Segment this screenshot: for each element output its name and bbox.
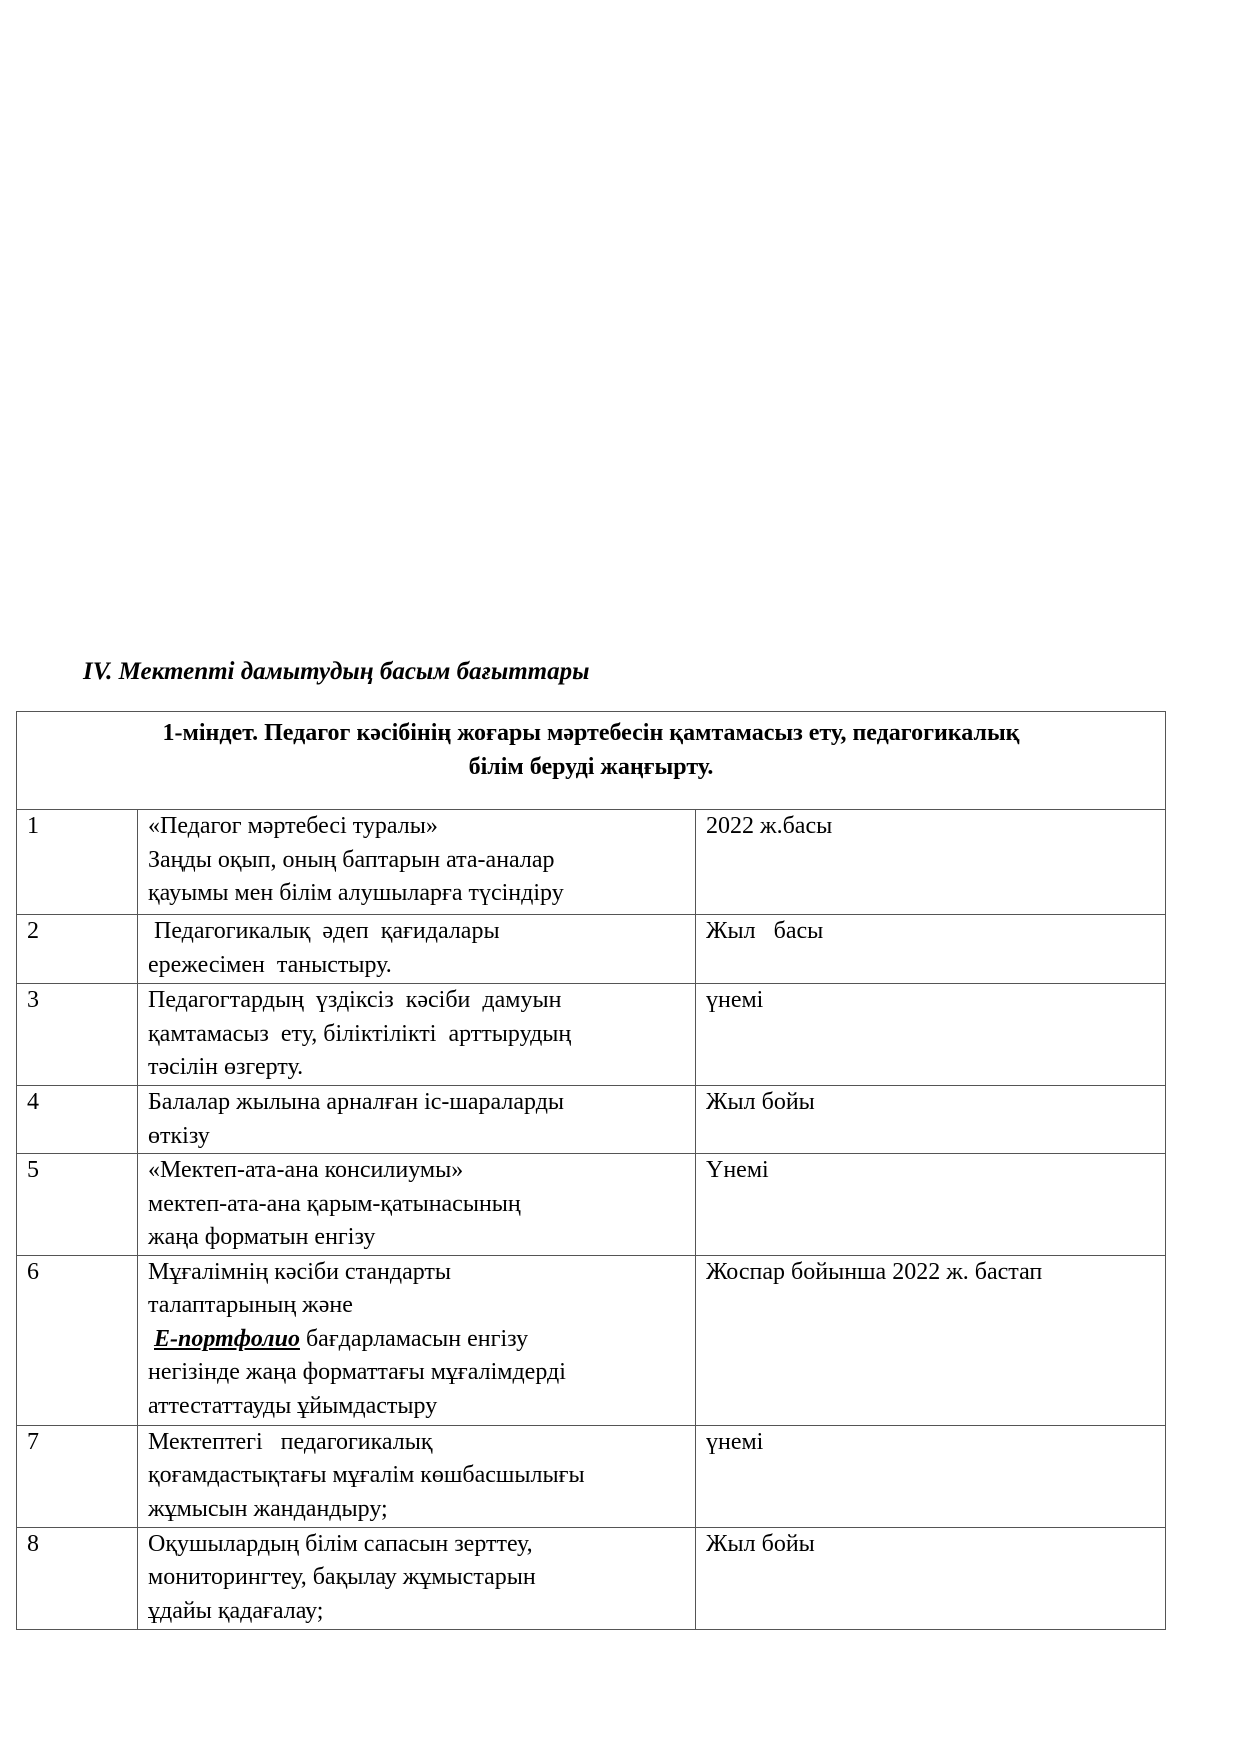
row-number: 7 — [17, 1425, 138, 1527]
row-number: 5 — [17, 1154, 138, 1256]
activity-cell: «Мектеп-ата-ана консилиумы» мектеп-ата-а… — [138, 1154, 696, 1256]
table-row: 2 Педагогикалық әдеп қағидалары ережесім… — [17, 915, 1166, 984]
deadline-cell: Жыл бойы — [696, 1086, 1166, 1154]
row-number: 6 — [17, 1255, 138, 1425]
row-number: 2 — [17, 915, 138, 984]
plan-table: 1-міндет. Педагог кәсібінің жоғары мәрте… — [16, 711, 1166, 1630]
activity-cell: Мұғалімнің кәсіби стандарты талаптарының… — [138, 1255, 696, 1425]
table-row: 4 Балалар жылына арналған іс-шараларды ө… — [17, 1086, 1166, 1154]
table-row: 7 Мектептегі педагогикалық қоғамдастықта… — [17, 1425, 1166, 1527]
activity-cell: Педагогикалық әдеп қағидалары ережесімен… — [138, 915, 696, 984]
section-title: IV. Мектепті дамытудың басым бағыттары — [83, 658, 589, 686]
task-header: 1-міндет. Педагог кәсібінің жоғары мәрте… — [17, 712, 1166, 810]
row-number: 8 — [17, 1527, 138, 1629]
deadline-cell: Үнемі — [696, 1154, 1166, 1256]
deadline-cell: Жыл басы — [696, 915, 1166, 984]
deadline-cell: 2022 ж.басы — [696, 810, 1166, 915]
table-row: 6 Мұғалімнің кәсіби стандарты талаптарын… — [17, 1255, 1166, 1425]
activity-cell: «Педагог мәртебесі туралы» Заңды оқып, о… — [138, 810, 696, 915]
deadline-cell: үнемі — [696, 984, 1166, 1086]
table-row: 3 Педагогтардың үздіксіз кәсіби дамуын қ… — [17, 984, 1166, 1086]
row-number: 1 — [17, 810, 138, 915]
activity-cell: Педагогтардың үздіксіз кәсіби дамуын қам… — [138, 984, 696, 1086]
deadline-cell: үнемі — [696, 1425, 1166, 1527]
deadline-cell: Жоспар бойынша 2022 ж. бастап — [696, 1255, 1166, 1425]
e-portfolio-term: Е-портфолио — [154, 1326, 300, 1352]
task-header-row: 1-міндет. Педагог кәсібінің жоғары мәрте… — [17, 712, 1166, 810]
activity-cell: Балалар жылына арналған іс-шараларды өтк… — [138, 1086, 696, 1154]
row-number: 3 — [17, 984, 138, 1086]
activity-cell: Мектептегі педагогикалық қоғамдастықтағы… — [138, 1425, 696, 1527]
table-row: 1 «Педагог мәртебесі туралы» Заңды оқып,… — [17, 810, 1166, 915]
table-row: 5 «Мектеп-ата-ана консилиумы» мектеп-ата… — [17, 1154, 1166, 1256]
deadline-cell: Жыл бойы — [696, 1527, 1166, 1629]
row-number: 4 — [17, 1086, 138, 1154]
table-row: 8 Оқушылардың білім сапасын зерттеу, мон… — [17, 1527, 1166, 1629]
activity-cell: Оқушылардың білім сапасын зерттеу, монит… — [138, 1527, 696, 1629]
